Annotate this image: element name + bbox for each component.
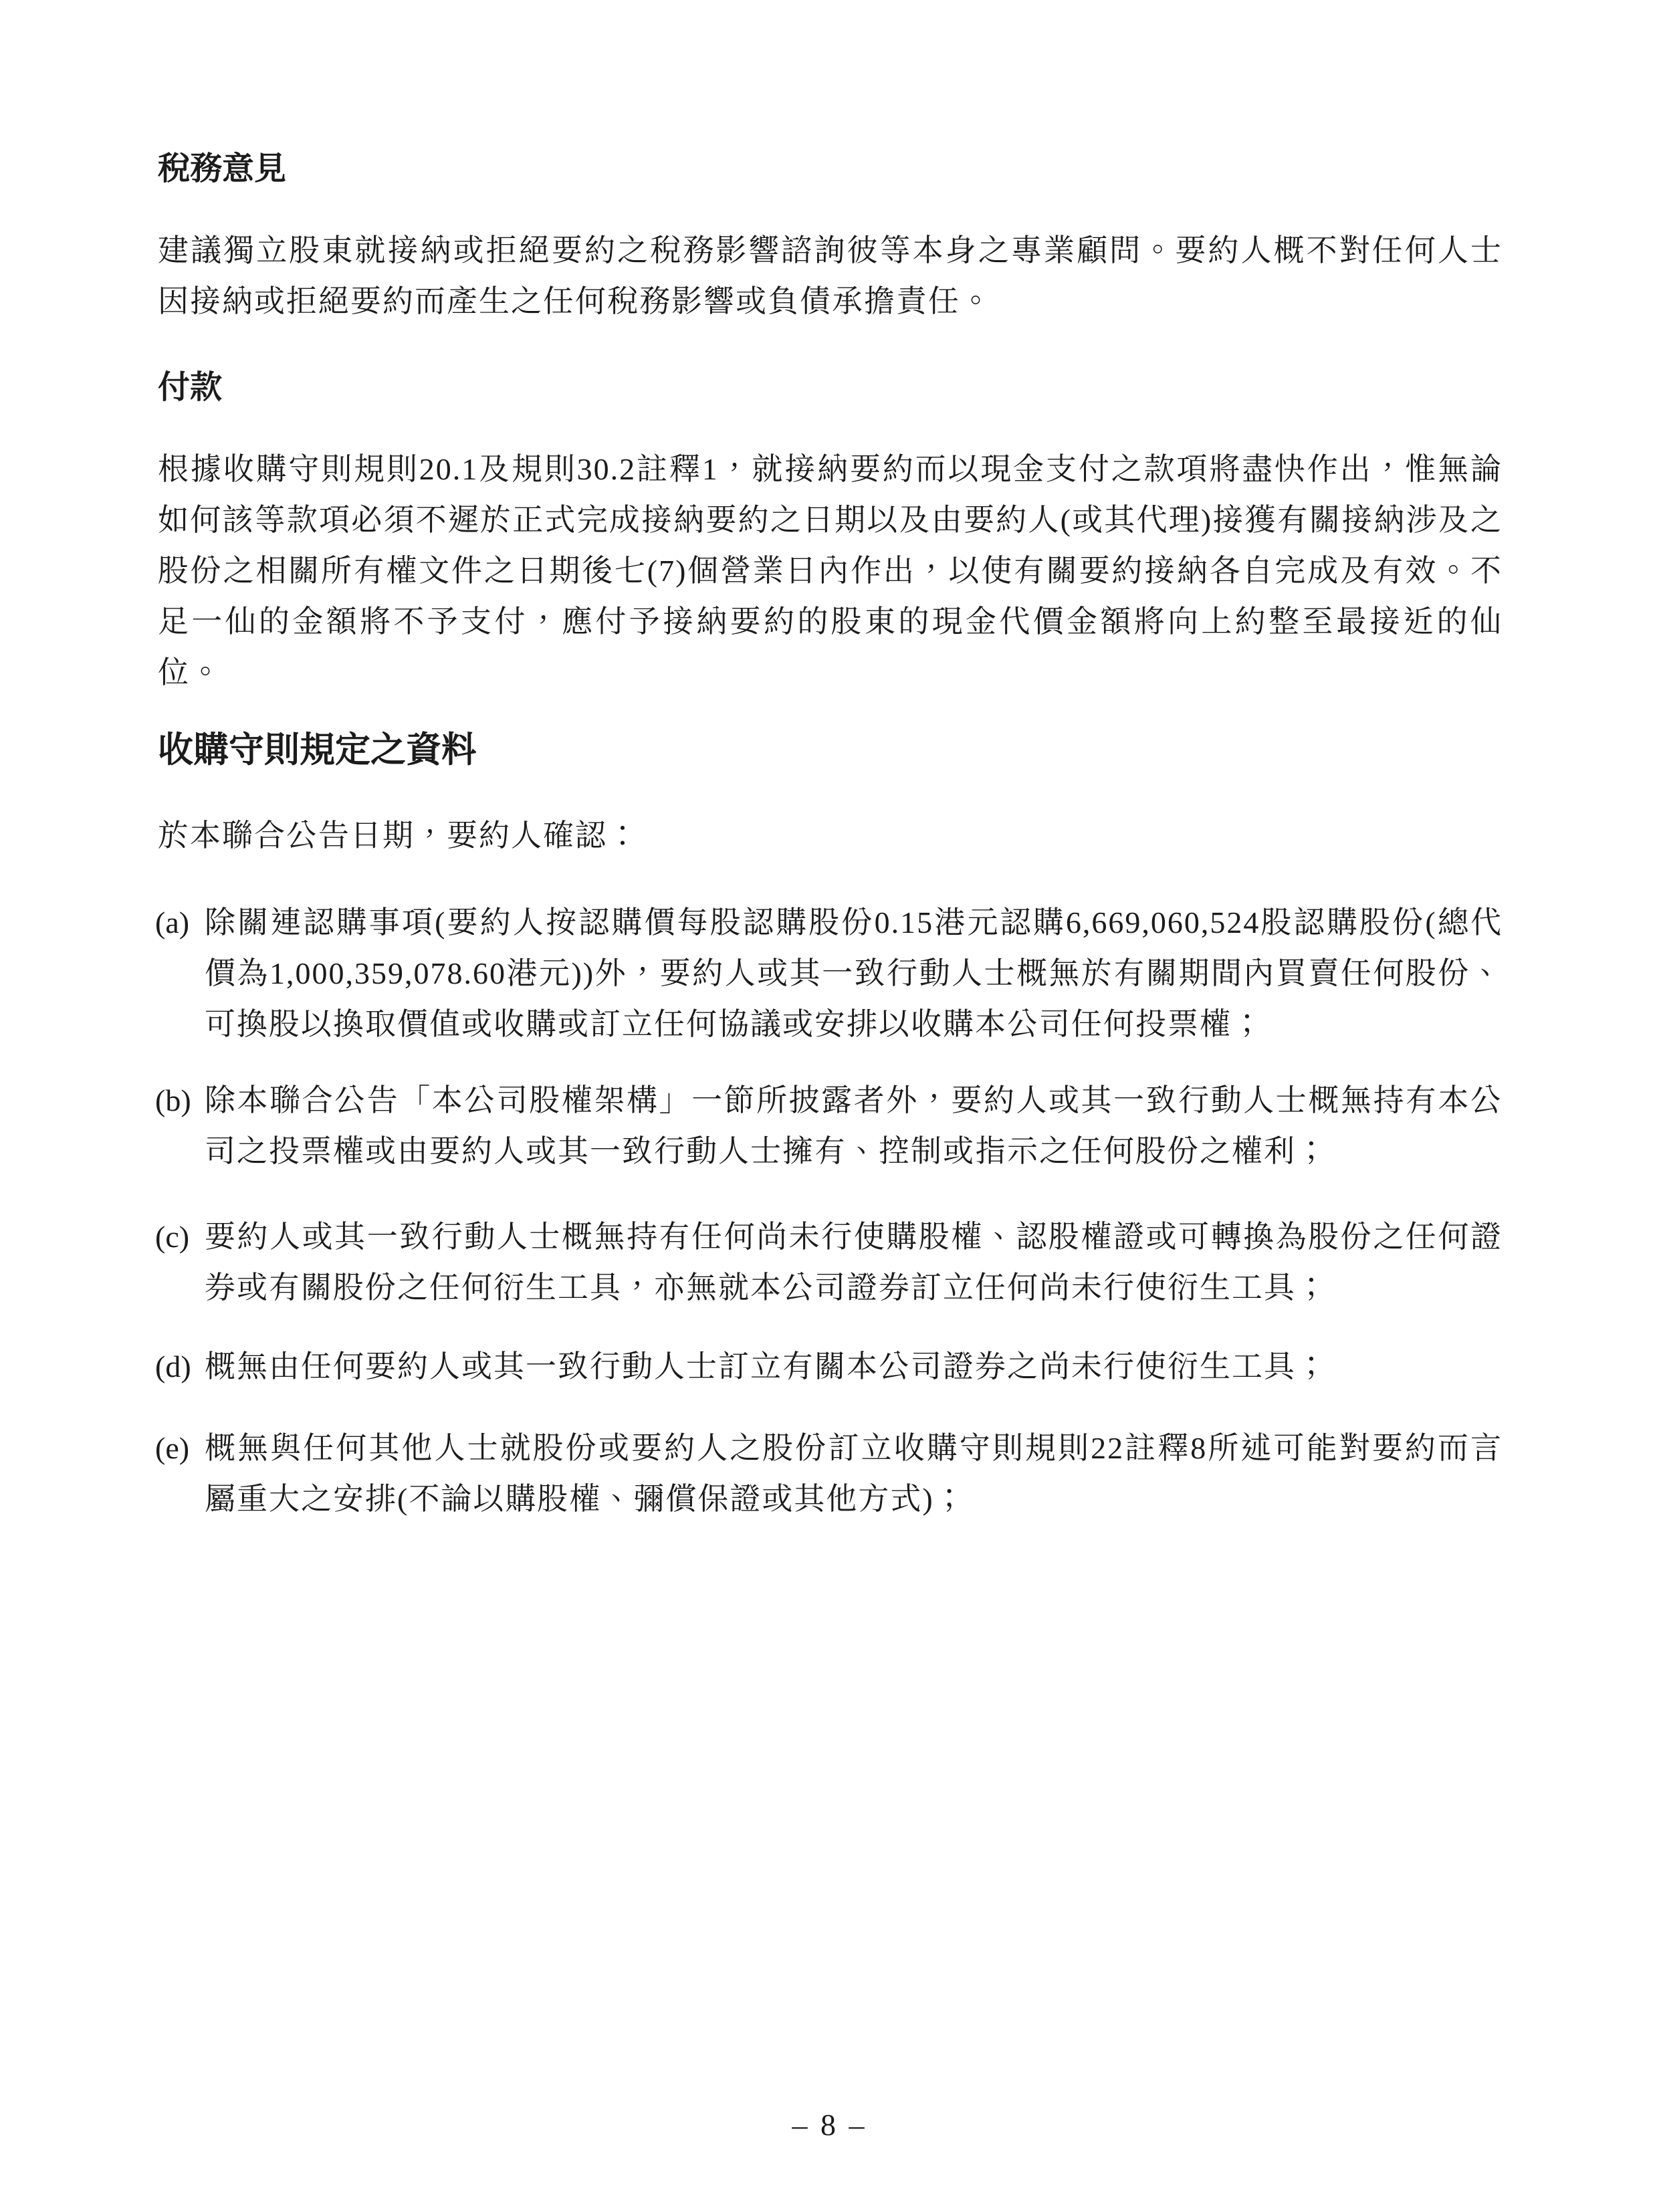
list-item-text: 概無由任何要約人或其一致行動人士訂立有關本公司證券之尚未行使衍生工具； bbox=[205, 1349, 1328, 1384]
list-item-label: (b) bbox=[155, 1075, 191, 1126]
document-content: 稅務意見 建議獨立股東就接納或拒絕要約之稅務影響諮詢彼等本身之專業顧問。要約人概… bbox=[158, 144, 1503, 1525]
list-item: (d) 概無由任何要約人或其一致行動人士訂立有關本公司證券之尚未行使衍生工具； bbox=[158, 1341, 1503, 1392]
list-item-label: (a) bbox=[155, 897, 189, 948]
list-item-label: (e) bbox=[155, 1423, 189, 1474]
heading-takeovers-code-information: 收購守則規定之資料 bbox=[158, 722, 1503, 778]
list-item-text: 要約人或其一致行動人士概無持有任何尚未行使購股權、認股權證或可轉換為股份之任何證… bbox=[205, 1220, 1503, 1305]
page-number: – 8 – bbox=[0, 2100, 1659, 2150]
list-item-text: 除關連認購事項(要約人按認購價每股認購股份0.15港元認購6,669,060,5… bbox=[205, 905, 1503, 1041]
paragraph-confirmation-intro: 於本聯合公告日期，要約人確認： bbox=[158, 810, 1503, 861]
heading-payment: 付款 bbox=[158, 362, 1503, 413]
paragraph-payment: 根據收購守則規則20.1及規則30.2註釋1，就接納要約而以現金支付之款項將盡快… bbox=[158, 444, 1503, 698]
document-page: 稅務意見 建議獨立股東就接納或拒絕要約之稅務影響諮詢彼等本身之專業顧問。要約人概… bbox=[0, 0, 1659, 2212]
heading-tax-advice: 稅務意見 bbox=[158, 144, 1503, 195]
list-item: (a) 除關連認購事項(要約人按認購價每股認購股份0.15港元認購6,669,0… bbox=[158, 897, 1503, 1050]
paragraph-tax-advice: 建議獨立股東就接納或拒絕要約之稅務影響諮詢彼等本身之專業顧問。要約人概不對任何人… bbox=[158, 225, 1503, 327]
list-item-label: (d) bbox=[155, 1341, 191, 1392]
list-item-label: (c) bbox=[155, 1212, 189, 1262]
list-item: (c) 要約人或其一致行動人士概無持有任何尚未行使購股權、認股權證或可轉換為股份… bbox=[158, 1212, 1503, 1313]
list-item: (b) 除本聯合公告「本公司股權架構」一節所披露者外，要約人或其一致行動人士概無… bbox=[158, 1075, 1503, 1177]
list-item-text: 概無與任何其他人士就股份或要約人之股份訂立收購守則規則22註釋8所述可能對要約而… bbox=[205, 1431, 1503, 1516]
list-item-text: 除本聯合公告「本公司股權架構」一節所披露者外，要約人或其一致行動人士概無持有本公… bbox=[205, 1083, 1503, 1168]
list-item: (e) 概無與任何其他人士就股份或要約人之股份訂立收購守則規則22註釋8所述可能… bbox=[158, 1423, 1503, 1525]
